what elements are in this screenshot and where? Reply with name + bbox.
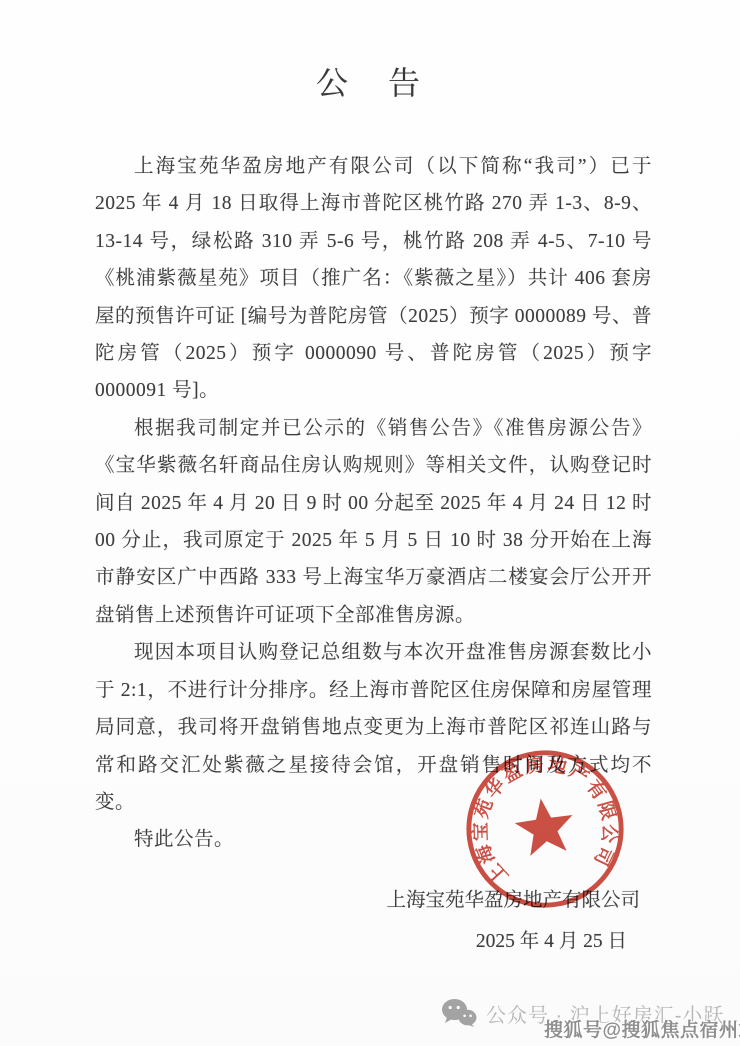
paragraph-registration-schedule: 根据我司制定并已公示的《销售公告》《准售房源公告》《宝华紫薇名轩商品住房认购规则…: [95, 410, 652, 634]
wechat-icon: [441, 998, 477, 1028]
document-body: 上海宝苑华盈房地产有限公司（以下简称“我司”）已于 2025 年 4 月 18 …: [0, 104, 740, 859]
announcement-document: 公 告 上海宝苑华盈房地产有限公司（以下简称“我司”）已于 2025 年 4 月…: [0, 0, 740, 1046]
paragraph-closing: 特此公告。: [95, 821, 652, 858]
signature-date: 2025 年 4 月 25 日: [0, 930, 740, 954]
paragraph-presale-permit: 上海宝苑华盈房地产有限公司（以下简称“我司”）已于 2025 年 4 月 18 …: [95, 148, 652, 410]
signature-company: 上海宝苑华盈房地产有限公司: [0, 889, 740, 913]
paragraph-venue-change: 现因本项目认购登记总组数与本次开盘准售房源套数比小于 2:1，不进行计分排序。经…: [95, 634, 652, 821]
signature-block: 上海宝苑华盈房地产有限公司 2025 年 4 月 25 日: [0, 889, 740, 954]
page-title: 公 告: [0, 0, 740, 104]
sohu-watermark: 搜狐号@搜狐焦点宿州站: [544, 1015, 740, 1042]
